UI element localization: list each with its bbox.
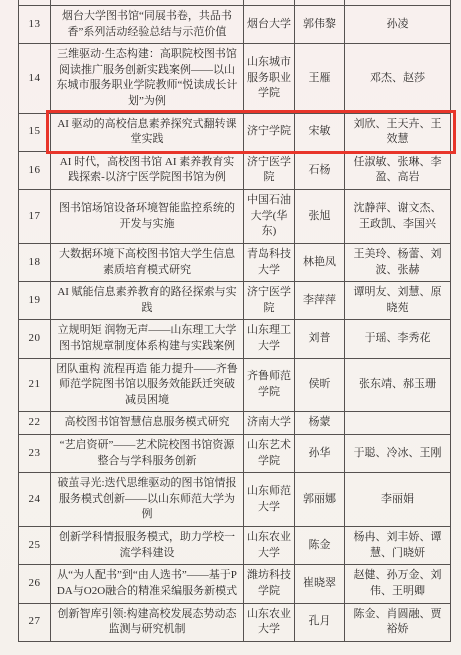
row-number-cell: 22 bbox=[19, 412, 51, 435]
institution-cell: 山东城市服务职业学院 bbox=[244, 44, 295, 113]
members-cell: 于瑶、李秀花 bbox=[345, 320, 451, 358]
title-cell: 大数据环境下高校图书馆大学生信息素质培育模式研究 bbox=[51, 243, 244, 281]
institution-cell: 济宁医学院 bbox=[244, 151, 295, 189]
title-cell: 创新学科情报服务模式，助力学校一流学科建设 bbox=[51, 527, 244, 565]
institution-cell: 中国石油大学(华东) bbox=[244, 190, 295, 244]
institution-cell: 山东农业大学 bbox=[244, 527, 295, 565]
title-cell: 创新智库引领:构建高校发展态势动态监测与研究机制 bbox=[51, 603, 244, 641]
title-cell: 立规明矩 润物无声——山东理工大学图书馆规章制度体系构建与实践案例 bbox=[51, 320, 244, 358]
members-cell: 沈静萍、谢文杰、王政凯、李国兴 bbox=[345, 190, 451, 244]
table-row: 24破茧寻光:迭代思维驱动的图书馆情报服务模式创新——以山东师范大学为例山东师范… bbox=[19, 473, 451, 527]
members-cell: 杨冉、刘丰娇、谭慧、门晓妍 bbox=[345, 527, 451, 565]
institution-cell: 齐鲁师范学院 bbox=[244, 358, 295, 412]
institution-cell: 济宁学院 bbox=[244, 113, 295, 151]
members-cell: 赵健、孙万金、刘伟、王明卿 bbox=[345, 565, 451, 603]
table-row: 19AI 赋能信息素养教育的路径探索与实践济宁医学院李萍萍谭明友、刘慧、原晓苑 bbox=[19, 282, 451, 320]
row-number-cell: 20 bbox=[19, 320, 51, 358]
institution-cell: 烟台大学 bbox=[244, 6, 295, 44]
title-cell: AI 赋能信息素养教育的路径探索与实践 bbox=[51, 282, 244, 320]
institution-cell: 山东理工大学 bbox=[244, 320, 295, 358]
leader-cell: 孙华 bbox=[295, 435, 345, 473]
row-number-cell: 18 bbox=[19, 243, 51, 281]
members-cell: 王美玲、杨蕾、刘波、张赫 bbox=[345, 243, 451, 281]
members-cell: 任淑敏、张琳、李盈、高岩 bbox=[345, 151, 451, 189]
table-row: 20立规明矩 润物无声——山东理工大学图书馆规章制度体系构建与实践案例山东理工大… bbox=[19, 320, 451, 358]
leader-cell: 李萍萍 bbox=[295, 282, 345, 320]
row-number-cell: 23 bbox=[19, 435, 51, 473]
leader-cell: 郭伟黎 bbox=[295, 6, 345, 44]
members-cell: 李丽娟 bbox=[345, 473, 451, 527]
leader-cell: 崔晓翠 bbox=[295, 565, 345, 603]
row-number-cell: 15 bbox=[19, 113, 51, 151]
members-cell: 陈金、肖圆融、贾裕娇 bbox=[345, 603, 451, 641]
table-row: 25创新学科情报服务模式，助力学校一流学科建设山东农业大学陈金杨冉、刘丰娇、谭慧… bbox=[19, 527, 451, 565]
members-cell bbox=[345, 412, 451, 435]
leader-cell: 刘普 bbox=[295, 320, 345, 358]
row-number-cell: 17 bbox=[19, 190, 51, 244]
title-cell: 高校图书馆智慧信息服务模式研究 bbox=[51, 412, 244, 435]
title-cell: 从“为人配书”到“由人选书”——基于PDA与O2O融合的精准采编服务新模式 bbox=[51, 565, 244, 603]
leader-cell: 张旭 bbox=[295, 190, 345, 244]
title-cell: 破茧寻光:迭代思维驱动的图书馆情报服务模式创新——以山东师范大学为例 bbox=[51, 473, 244, 527]
row-number-cell: 21 bbox=[19, 358, 51, 412]
table-row: 17图书馆场馆设备环境智能监控系统的开发与实施中国石油大学(华东)张旭沈静萍、谢… bbox=[19, 190, 451, 244]
row-number-cell: 14 bbox=[19, 44, 51, 113]
leader-cell: 孔月 bbox=[295, 603, 345, 641]
table-row: 18大数据环境下高校图书馆大学生信息素质培育模式研究青岛科技大学林艳凤王美玲、杨… bbox=[19, 243, 451, 281]
institution-cell: 山东师范大学 bbox=[244, 473, 295, 527]
leader-cell: 侯昕 bbox=[295, 358, 345, 412]
institution-cell: 济南大学 bbox=[244, 412, 295, 435]
members-cell: 邓杰、赵莎 bbox=[345, 44, 451, 113]
leader-cell: 杨蒙 bbox=[295, 412, 345, 435]
row-number-cell: 19 bbox=[19, 282, 51, 320]
title-cell: AI 驱动的高校信息素养探究式翻转课堂实践 bbox=[51, 113, 244, 151]
members-cell: 谭明友、刘慧、原晓苑 bbox=[345, 282, 451, 320]
title-cell: 烟台大学图书馆“同展书卷，共品书香”系列活动经验总结与示范价值 bbox=[51, 6, 244, 44]
leader-cell: 宋敏 bbox=[295, 113, 345, 151]
members-cell: 张东靖、郝玉珊 bbox=[345, 358, 451, 412]
table-row: 26从“为人配书”到“由人选书”——基于PDA与O2O融合的精准采编服务新模式潍… bbox=[19, 565, 451, 603]
table-row: 14三维驱动·生态构建：高职院校图书馆阅读推广服务创新实践案例——以山东城市服务… bbox=[19, 44, 451, 113]
table-row: 27创新智库引领:构建高校发展态势动态监测与研究机制山东农业大学孔月陈金、肖圆融… bbox=[19, 603, 451, 641]
title-cell: AI 时代，高校图书馆 AI 素养教育实践探索-以济宁医学院图书馆为例 bbox=[51, 151, 244, 189]
table-row: 16AI 时代，高校图书馆 AI 素养教育实践探索-以济宁医学院图书馆为例济宁医… bbox=[19, 151, 451, 189]
table-row: 23“艺启资研”——艺术院校图书馆资源整合与学科服务创新山东艺术学院孙华于聪、冷… bbox=[19, 435, 451, 473]
institution-cell: 青岛科技大学 bbox=[244, 243, 295, 281]
table-row: 21团队重构 流程再造 能力提升——齐鲁师范学院图书馆以服务效能跃迁突破减员困境… bbox=[19, 358, 451, 412]
leader-cell: 陈金 bbox=[295, 527, 345, 565]
institution-cell: 潍坊科技学院 bbox=[244, 565, 295, 603]
title-cell: 图书馆场馆设备环境智能监控系统的开发与实施 bbox=[51, 190, 244, 244]
leader-cell: 郭丽娜 bbox=[295, 473, 345, 527]
table-row: 22高校图书馆智慧信息服务模式研究济南大学杨蒙 bbox=[19, 412, 451, 435]
awards-table: 13烟台大学图书馆“同展书卷，共品书香”系列活动经验总结与示范价值烟台大学郭伟黎… bbox=[18, 0, 451, 642]
leader-cell: 王雁 bbox=[295, 44, 345, 113]
row-number-cell: 25 bbox=[19, 527, 51, 565]
institution-cell: 山东艺术学院 bbox=[244, 435, 295, 473]
institution-cell: 济宁医学院 bbox=[244, 282, 295, 320]
row-number-cell: 26 bbox=[19, 565, 51, 603]
members-cell: 于聪、冷冰、王刚 bbox=[345, 435, 451, 473]
table-row: 15AI 驱动的高校信息素养探究式翻转课堂实践济宁学院宋敏刘欣、王天卉、王效慧 bbox=[19, 113, 451, 151]
scanned-document-page: 13烟台大学图书馆“同展书卷，共品书香”系列活动经验总结与示范价值烟台大学郭伟黎… bbox=[0, 0, 461, 655]
title-cell: “艺启资研”——艺术院校图书馆资源整合与学科服务创新 bbox=[51, 435, 244, 473]
leader-cell: 林艳凤 bbox=[295, 243, 345, 281]
title-cell: 团队重构 流程再造 能力提升——齐鲁师范学院图书馆以服务效能跃迁突破减员困境 bbox=[51, 358, 244, 412]
row-number-cell: 13 bbox=[19, 6, 51, 44]
row-number-cell: 27 bbox=[19, 603, 51, 641]
row-number-cell: 16 bbox=[19, 151, 51, 189]
leader-cell: 石杨 bbox=[295, 151, 345, 189]
institution-cell: 山东农业大学 bbox=[244, 603, 295, 641]
row-number-cell: 24 bbox=[19, 473, 51, 527]
members-cell: 刘欣、王天卉、王效慧 bbox=[345, 113, 451, 151]
members-cell: 孙凌 bbox=[345, 6, 451, 44]
table-row: 13烟台大学图书馆“同展书卷，共品书香”系列活动经验总结与示范价值烟台大学郭伟黎… bbox=[19, 6, 451, 44]
title-cell: 三维驱动·生态构建：高职院校图书馆阅读推广服务创新实践案例——以山东城市服务职业… bbox=[51, 44, 244, 113]
